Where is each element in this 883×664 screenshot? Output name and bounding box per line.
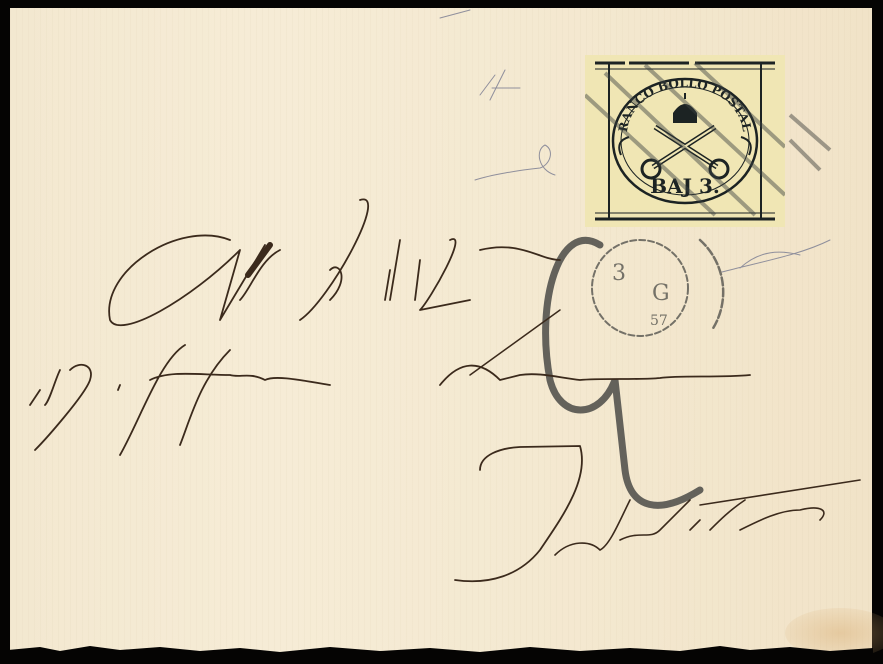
postmark-datestamp: 3 G 57 (592, 240, 723, 336)
postmark-day: 3 (612, 261, 626, 286)
postmark-year: 57 (650, 313, 668, 329)
pencil-notations (440, 10, 830, 272)
address-line-3 (455, 446, 860, 581)
scan-background: FRANCO BOLLO POSTALE BAJ 3. (0, 0, 883, 664)
grid-cancel-overflow (790, 115, 830, 170)
address-line-1 (109, 199, 560, 325)
cover-markings: 3 G 57 (0, 0, 883, 664)
address-line-2 (30, 310, 750, 455)
postmark-month: G (652, 281, 670, 306)
